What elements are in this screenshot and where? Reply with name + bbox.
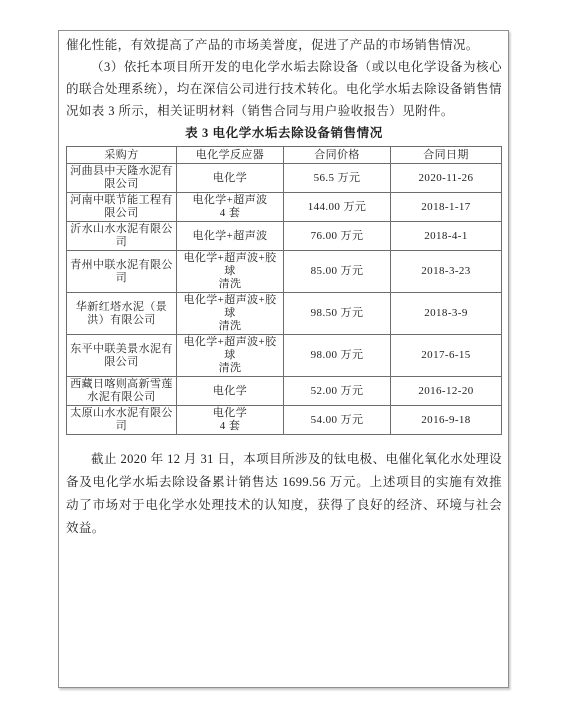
table-cell-price: 144.00 万元 [284, 193, 391, 222]
table-cell-date: 2018-3-23 [391, 251, 502, 293]
table-row: 东平中联美景水泥有限公司电化学+超声波+胶球 清洗98.00 万元2017-6-… [67, 335, 502, 377]
table-row: 西藏日喀则高新雪莲水泥有限公司电化学52.00 万元2016-12-20 [67, 377, 502, 406]
table-cell-buyer: 东平中联美景水泥有限公司 [67, 335, 177, 377]
table-cell-reactor: 电化学+超声波 [177, 222, 284, 251]
table-row: 华新红塔水泥（景洪）有限公司电化学+超声波+胶球 清洗98.50 万元2018-… [67, 293, 502, 335]
table-cell-reactor: 电化学 4 套 [177, 406, 284, 435]
paragraph-item3: （3）依托本项目所开发的电化学水垢去除设备（或以电化学设备为核心的联合处理系统）… [66, 56, 502, 122]
table-cell-reactor: 电化学 [177, 377, 284, 406]
col-header-buyer: 采购方 [67, 147, 177, 164]
table-cell-buyer: 河南中联节能工程有限公司 [67, 193, 177, 222]
table-cell-buyer: 沂水山水水泥有限公司 [67, 222, 177, 251]
table-cell-buyer: 西藏日喀则高新雪莲水泥有限公司 [67, 377, 177, 406]
table-cell-price: 56.5 万元 [284, 164, 391, 193]
table-cell-date: 2016-12-20 [391, 377, 502, 406]
table-cell-price: 85.00 万元 [284, 251, 391, 293]
table-cell-reactor: 电化学+超声波+胶球 清洗 [177, 293, 284, 335]
table-cell-reactor: 电化学 [177, 164, 284, 193]
table-caption: 表 3 电化学水垢去除设备销售情况 [66, 122, 502, 145]
paragraph-summary: 截止 2020 年 12 月 31 日，本项目所涉及的钛电极、电催化氧化水处理设… [66, 448, 502, 540]
table-cell-price: 54.00 万元 [284, 406, 391, 435]
table-cell-date: 2020-11-26 [391, 164, 502, 193]
table-cell-reactor: 电化学+超声波 4 套 [177, 193, 284, 222]
sales-table: 采购方 电化学反应器 合同价格 合同日期 河曲县中天隆水泥有限公司电化学56.5… [66, 146, 502, 435]
table-row: 太原山水水泥有限公司电化学 4 套54.00 万元2016-9-18 [67, 406, 502, 435]
table-cell-reactor: 电化学+超声波+胶球 清洗 [177, 251, 284, 293]
table-cell-price: 98.50 万元 [284, 293, 391, 335]
document-page: 催化性能，有效提高了产品的市场美誉度，促进了产品的市场销售情况。 （3）依托本项… [58, 30, 509, 688]
table-cell-date: 2018-1-17 [391, 193, 502, 222]
table-cell-price: 98.00 万元 [284, 335, 391, 377]
table-cell-buyer: 华新红塔水泥（景洪）有限公司 [67, 293, 177, 335]
paragraph-continuation: 催化性能，有效提高了产品的市场美誉度，促进了产品的市场销售情况。 [66, 34, 502, 56]
col-header-reactor: 电化学反应器 [177, 147, 284, 164]
table-row: 河南中联节能工程有限公司电化学+超声波 4 套144.00 万元2018-1-1… [67, 193, 502, 222]
table-cell-date: 2018-4-1 [391, 222, 502, 251]
table-cell-buyer: 太原山水水泥有限公司 [67, 406, 177, 435]
table-cell-date: 2018-3-9 [391, 293, 502, 335]
table-cell-date: 2016-9-18 [391, 406, 502, 435]
table-row: 河曲县中天隆水泥有限公司电化学56.5 万元2020-11-26 [67, 164, 502, 193]
table-cell-price: 76.00 万元 [284, 222, 391, 251]
table-row: 沂水山水水泥有限公司电化学+超声波76.00 万元2018-4-1 [67, 222, 502, 251]
col-header-date: 合同日期 [391, 147, 502, 164]
table-cell-date: 2017-6-15 [391, 335, 502, 377]
col-header-price: 合同价格 [284, 147, 391, 164]
table-cell-price: 52.00 万元 [284, 377, 391, 406]
table-header-row: 采购方 电化学反应器 合同价格 合同日期 [67, 147, 502, 164]
table-row: 青州中联水泥有限公司电化学+超声波+胶球 清洗85.00 万元2018-3-23 [67, 251, 502, 293]
table-cell-buyer: 青州中联水泥有限公司 [67, 251, 177, 293]
table-cell-reactor: 电化学+超声波+胶球 清洗 [177, 335, 284, 377]
table-cell-buyer: 河曲县中天隆水泥有限公司 [67, 164, 177, 193]
